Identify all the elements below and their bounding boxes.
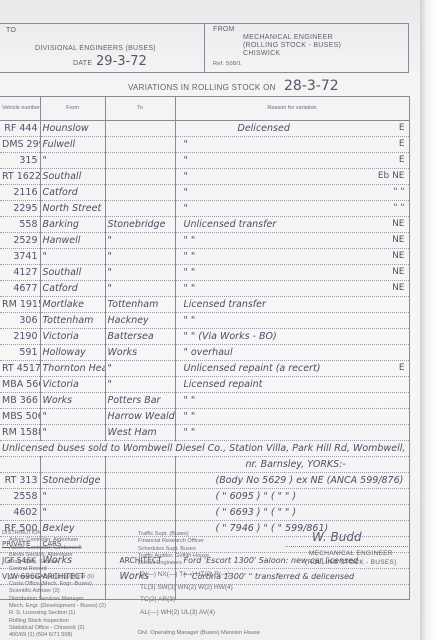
signature: W. Budd (312, 530, 362, 544)
vehicle-number: RT 1622 (0, 169, 40, 185)
reason-cell: "E (175, 137, 409, 153)
title-date: 28-3-72 (284, 78, 339, 94)
sold-note-row: Unlicensed buses sold to Wombwell Diesel… (0, 441, 409, 457)
distribution-footer: Divl. Operating Manager (Buses) Mansion … (138, 630, 260, 637)
status-code: E (399, 121, 405, 136)
distribution-heading: DISTRIBUTION (2, 530, 106, 537)
reason-cell: " "NE (175, 233, 409, 249)
reason-cell: " " (175, 409, 409, 425)
reason-text: (Body No 5629 ) ex NE (ANCA 599/876) (175, 473, 409, 489)
reason-text: " (178, 187, 188, 198)
distribution-entry: District Engineers (138, 560, 209, 567)
from-garage: Victoria (40, 377, 105, 393)
garage-code-line: TL(3) SW(3) WN(2) W(2) HW(4) (140, 582, 233, 595)
from-garage: Southall (40, 265, 105, 281)
vehicle-number: RT 4517 (0, 361, 40, 377)
page-edge (420, 0, 435, 640)
vehicle-number: 2295 (0, 201, 40, 217)
distribution-entry: Scientific Adviser (2) (9, 588, 106, 595)
to-garage (105, 169, 175, 185)
empty-cell (40, 457, 105, 473)
vehicle-number: 4127 (0, 265, 40, 281)
header-box: TO DIVISIONAL ENGINEERS (BUSES) DATE 29-… (0, 23, 409, 73)
distribution-entry: Mech. Engr. (Development - Buses) (2) (9, 603, 106, 610)
reason-cell: "" " (175, 185, 409, 201)
garage-code-line: TC(2) AR(3) (140, 594, 233, 607)
reason-cell: DelicensedE (175, 121, 409, 137)
to-garage: Stonebridge (105, 217, 175, 233)
distribution-entry: Body Spec. Section, (9, 559, 106, 566)
vehicle-number: RM 1588 (0, 425, 40, 441)
vehicle-number: 591 (0, 345, 40, 361)
from-garage: " (40, 409, 105, 425)
reason-text: " " (178, 395, 196, 406)
table-row: MB 366WorksPotters Bar" " (0, 393, 409, 409)
distribution-entry: 400/69 (1) (504 6/71 508) (9, 632, 106, 639)
to-garage: " (105, 265, 175, 281)
sold-note-line-2: nr. Barnsley, YORKS:- (175, 457, 409, 473)
table-row: RT 313Stonebridge(Body No 5629 ) ex NE (… (0, 473, 409, 489)
reason-text: ( " 7946 ) " ( " 599/861) (175, 521, 409, 537)
col-to: To (105, 97, 175, 121)
reason-cell: " "NE (175, 281, 409, 297)
vehicle-number: MB 366 (0, 393, 40, 409)
table-row: 4127Southall"" "NE (0, 265, 409, 281)
reason-text: Licensed transfer (178, 299, 266, 310)
table-row: DMS 299Fulwell"E (0, 137, 409, 153)
to-garage (105, 489, 175, 505)
table-row: 4602"( " 6693 ) " ( " " ) (0, 505, 409, 521)
table-row: RM 1588"West Ham" " (0, 425, 409, 441)
reason-text: " " (178, 283, 196, 294)
reason-text: " " (178, 235, 196, 246)
vehicle-number: 558 (0, 217, 40, 233)
distribution-entry: Distribution Services Manager (9, 596, 106, 603)
empty-cell (105, 457, 175, 473)
reason-cell: Licensed transfer (175, 297, 409, 313)
vehicle-number: 2190 (0, 329, 40, 345)
reason-text: Unlicensed transfer (178, 219, 277, 230)
empty-cell (0, 457, 40, 473)
to-garage: " (105, 249, 175, 265)
to-garage (105, 505, 175, 521)
to-garage: West Ham (105, 425, 175, 441)
table-row: 306TottenhamHackney" " (0, 313, 409, 329)
status-code: NE (392, 249, 404, 264)
vehicle-number: 306 (0, 313, 40, 329)
from-garage: " (40, 249, 105, 265)
vehicle-number: RF 444 (0, 121, 40, 137)
reason-text: " " (178, 251, 196, 262)
distribution-entry: Financial Research Officer (138, 538, 209, 545)
distribution-entry: Traffic Auditor, Griffith House (138, 553, 209, 560)
vehicle-number: 2558 (0, 489, 40, 505)
vehicle-number: 315 (0, 153, 40, 169)
to-garage (105, 473, 175, 489)
to-garage: Hackney (105, 313, 175, 329)
garage-code-line: AL(—) WH(2) UL(3) AV(4) (140, 607, 233, 620)
from-garage: " (40, 153, 105, 169)
distribution-entry: R. S. Licensing Section (1) (9, 610, 106, 617)
status-code: NE (392, 265, 404, 280)
table-row: 2558"( " 6095 ) " ( " " ) (0, 489, 409, 505)
signature-title-1: MECHANICAL ENGINEER (305, 549, 397, 558)
reason-text: Delicensed (178, 123, 290, 134)
variations-table: Vehicle number From To Reason for variat… (0, 96, 410, 600)
signature-title-2: (ROLLING STOCK - BUSES) (305, 558, 397, 567)
reason-cell: " "NE (175, 249, 409, 265)
reason-cell: " " (Via Works - BO) (175, 329, 409, 345)
status-code: E (399, 361, 405, 376)
distribution-entry: Adver. Controller, Aldenham (9, 537, 106, 544)
status-code: E (399, 153, 405, 168)
to-garage: Tottenham (105, 297, 175, 313)
table-row: 3741""" "NE (0, 249, 409, 265)
distribution-entry: Commercial Advertising Officer (6) (9, 574, 106, 581)
vehicle-number: 2529 (0, 233, 40, 249)
to-garage (105, 185, 175, 201)
table-row: RM 1915MortlakeTottenhamLicensed transfe… (0, 297, 409, 313)
from-garage: North Street (40, 201, 105, 217)
to-garage: " (105, 361, 175, 377)
from-garage: Hanwell (40, 233, 105, 249)
to-garage (105, 137, 175, 153)
table-row: 2190VictoriaBattersea" " (Via Works - BO… (0, 329, 409, 345)
status-code: NE (392, 281, 404, 296)
from-garage: Catford (40, 281, 105, 297)
to-recipient: DIVISIONAL ENGINEERS (BUSES) (35, 45, 156, 52)
vehicle-number: MBS 506 (0, 409, 40, 425)
signature-line (285, 546, 410, 547)
from-label: FROM (213, 26, 235, 33)
garage-code-line: Q(—) NX(—) T(—) HT(2) R(—) (140, 569, 233, 582)
vehicle-number: 2116 (0, 185, 40, 201)
distribution-entry: Central Record (9, 566, 106, 573)
status-code: " " (393, 201, 404, 216)
distribution-entry: Blinds Section, Aldenham (9, 552, 106, 559)
reason-cell: Unlicensed repaint (a recert)E (175, 361, 409, 377)
to-garage (105, 201, 175, 217)
table-row: RT 1622Southall"Eb NE (0, 169, 409, 185)
reason-text: ( " 6095 ) " ( " " ) (175, 489, 409, 505)
table-row: 2529Hanwell"" "NE (0, 233, 409, 249)
distribution-entry: Costs Office (Mech. Engr.-Buses) (9, 581, 106, 588)
reason-cell: "Eb NE (175, 169, 409, 185)
reason-text: " (178, 171, 188, 182)
from-line-2: (ROLLING STOCK - BUSES) (243, 42, 341, 50)
from-line-1: MECHANICAL ENGINEER (243, 34, 341, 42)
vehicle-number: 3741 (0, 249, 40, 265)
to-garage: Potters Bar (105, 393, 175, 409)
table-row: MBA 566Victoria"Licensed repaint (0, 377, 409, 393)
table-row: 2295North Street"" " (0, 201, 409, 217)
to-garage: Works (105, 345, 175, 361)
reason-text: " overhaul (178, 347, 233, 358)
status-code: " " (393, 185, 404, 200)
distribution-col2: Traffic Supt. (Buses)Financial Research … (138, 531, 209, 567)
signature-title: MECHANICAL ENGINEER (ROLLING STOCK - BUS… (305, 549, 397, 567)
reason-cell: "" " (175, 201, 409, 217)
table-row: 2116Catford"" " (0, 185, 409, 201)
vehicle-number: RM 1915 (0, 297, 40, 313)
table-row: RT 4517Thornton Heath"Unlicensed repaint… (0, 361, 409, 377)
reason-cell: " overhaul (175, 345, 409, 361)
title-label: VARIATIONS IN ROLLING STOCK ON (128, 83, 276, 92)
to-label: TO (6, 27, 16, 34)
status-code: NE (392, 233, 404, 248)
reason-text: " (178, 155, 188, 166)
reason-text: " (178, 203, 188, 214)
distribution-entry: Schedules Supt. Buses (138, 546, 209, 553)
report-title: VARIATIONS IN ROLLING STOCK ON 28-3-72 (0, 78, 409, 96)
reason-text: " (178, 139, 188, 150)
reason-cell: "E (175, 153, 409, 169)
from-garage: " (40, 489, 105, 505)
distribution-entry: Rolling Stock Inspection (9, 618, 106, 625)
from-garage: Tottenham (40, 313, 105, 329)
from-garage: " (40, 425, 105, 441)
table-header: Vehicle number From To Reason for variat… (0, 97, 409, 121)
table-row: MBS 506"Harrow Weald" " (0, 409, 409, 425)
from-garage: Holloway (40, 345, 105, 361)
from-line-3: CHISWICK (243, 50, 341, 58)
distribution-entry: Statistical Office - Chiswick (2) (9, 625, 106, 632)
from-garage: Fulwell (40, 137, 105, 153)
distribution-entry: Adver. Controller, Canberwell (9, 545, 106, 552)
table-row: 4677Catford"" "NE (0, 281, 409, 297)
reason-text: " " (178, 427, 196, 438)
to-garage: Harrow Weald (105, 409, 175, 425)
vehicle-number: 4677 (0, 281, 40, 297)
from-garage: Barking (40, 217, 105, 233)
sold-note-row: nr. Barnsley, YORKS:- (0, 457, 409, 473)
col-reason: Reason for variation (175, 97, 409, 121)
vehicle-number: 4602 (0, 505, 40, 521)
reason-cell: Unlicensed transferNE (175, 217, 409, 233)
from-garage: Catford (40, 185, 105, 201)
distribution-entry: Traffic Supt. (Buses) (138, 531, 209, 538)
reason-cell: " "NE (175, 265, 409, 281)
vehicle-number: DMS 299 (0, 137, 40, 153)
from-garage: Stonebridge (40, 473, 105, 489)
reason-text: " " (178, 315, 196, 326)
vehicle-number: MBA 566 (0, 377, 40, 393)
distribution-col1: Adver. Controller, AldenhamAdver. Contro… (2, 537, 106, 639)
status-code: E (399, 137, 405, 152)
table-body: RF 444HounslowDelicensedEDMS 299Fulwell"… (0, 121, 409, 600)
to-garage (105, 153, 175, 169)
from-sender: MECHANICAL ENGINEER (ROLLING STOCK - BUS… (243, 34, 341, 58)
table-row: 558BarkingStonebridgeUnlicensed transfer… (0, 217, 409, 233)
status-code: Eb NE (378, 169, 405, 184)
reason-text: " " (178, 411, 196, 422)
reason-cell: Licensed repaint (175, 377, 409, 393)
col-vehicle-number: Vehicle number (0, 97, 40, 121)
vehicle-number: RT 313 (0, 473, 40, 489)
from-garage: Southall (40, 169, 105, 185)
from-garage: Works (40, 393, 105, 409)
reason-cell: " " (175, 393, 409, 409)
header-divider (204, 24, 205, 72)
from-garage: Mortlake (40, 297, 105, 313)
status-code: NE (392, 217, 404, 232)
reason-text: Unlicensed repaint (a recert) (178, 363, 321, 374)
reason-text: Licensed repaint (178, 379, 263, 390)
reason-text: ( " 6693 ) " ( " " ) (175, 505, 409, 521)
table-row: 591HollowayWorks" overhaul (0, 345, 409, 361)
reason-cell: " " (175, 425, 409, 441)
garage-codes: Q(—) NX(—) T(—) HT(2) R(—)TL(3) SW(3) WN… (140, 569, 233, 619)
to-garage (105, 121, 175, 137)
to-garage: " (105, 281, 175, 297)
reference: Ref. 508/1 (213, 61, 241, 67)
date-label: DATE (73, 60, 92, 67)
to-garage: Battersea (105, 329, 175, 345)
reason-text: " " (Via Works - BO) (178, 331, 277, 342)
sold-note-line-1: Unlicensed buses sold to Wombwell Diesel… (0, 441, 409, 457)
table-row: 315""E (0, 153, 409, 169)
distribution-list: DISTRIBUTION Adver. Controller, Aldenham… (2, 530, 106, 639)
from-garage: Hounslow (40, 121, 105, 137)
col-from: From (40, 97, 105, 121)
to-garage: " (105, 233, 175, 249)
from-garage: Victoria (40, 329, 105, 345)
reason-text: " " (178, 267, 196, 278)
reason-cell: " " (175, 313, 409, 329)
from-garage: " (40, 505, 105, 521)
date-value: 29-3-72 (96, 54, 147, 69)
table-row: RF 444HounslowDelicensedE (0, 121, 409, 137)
to-garage: " (105, 377, 175, 393)
from-garage: Thornton Heath (40, 361, 105, 377)
